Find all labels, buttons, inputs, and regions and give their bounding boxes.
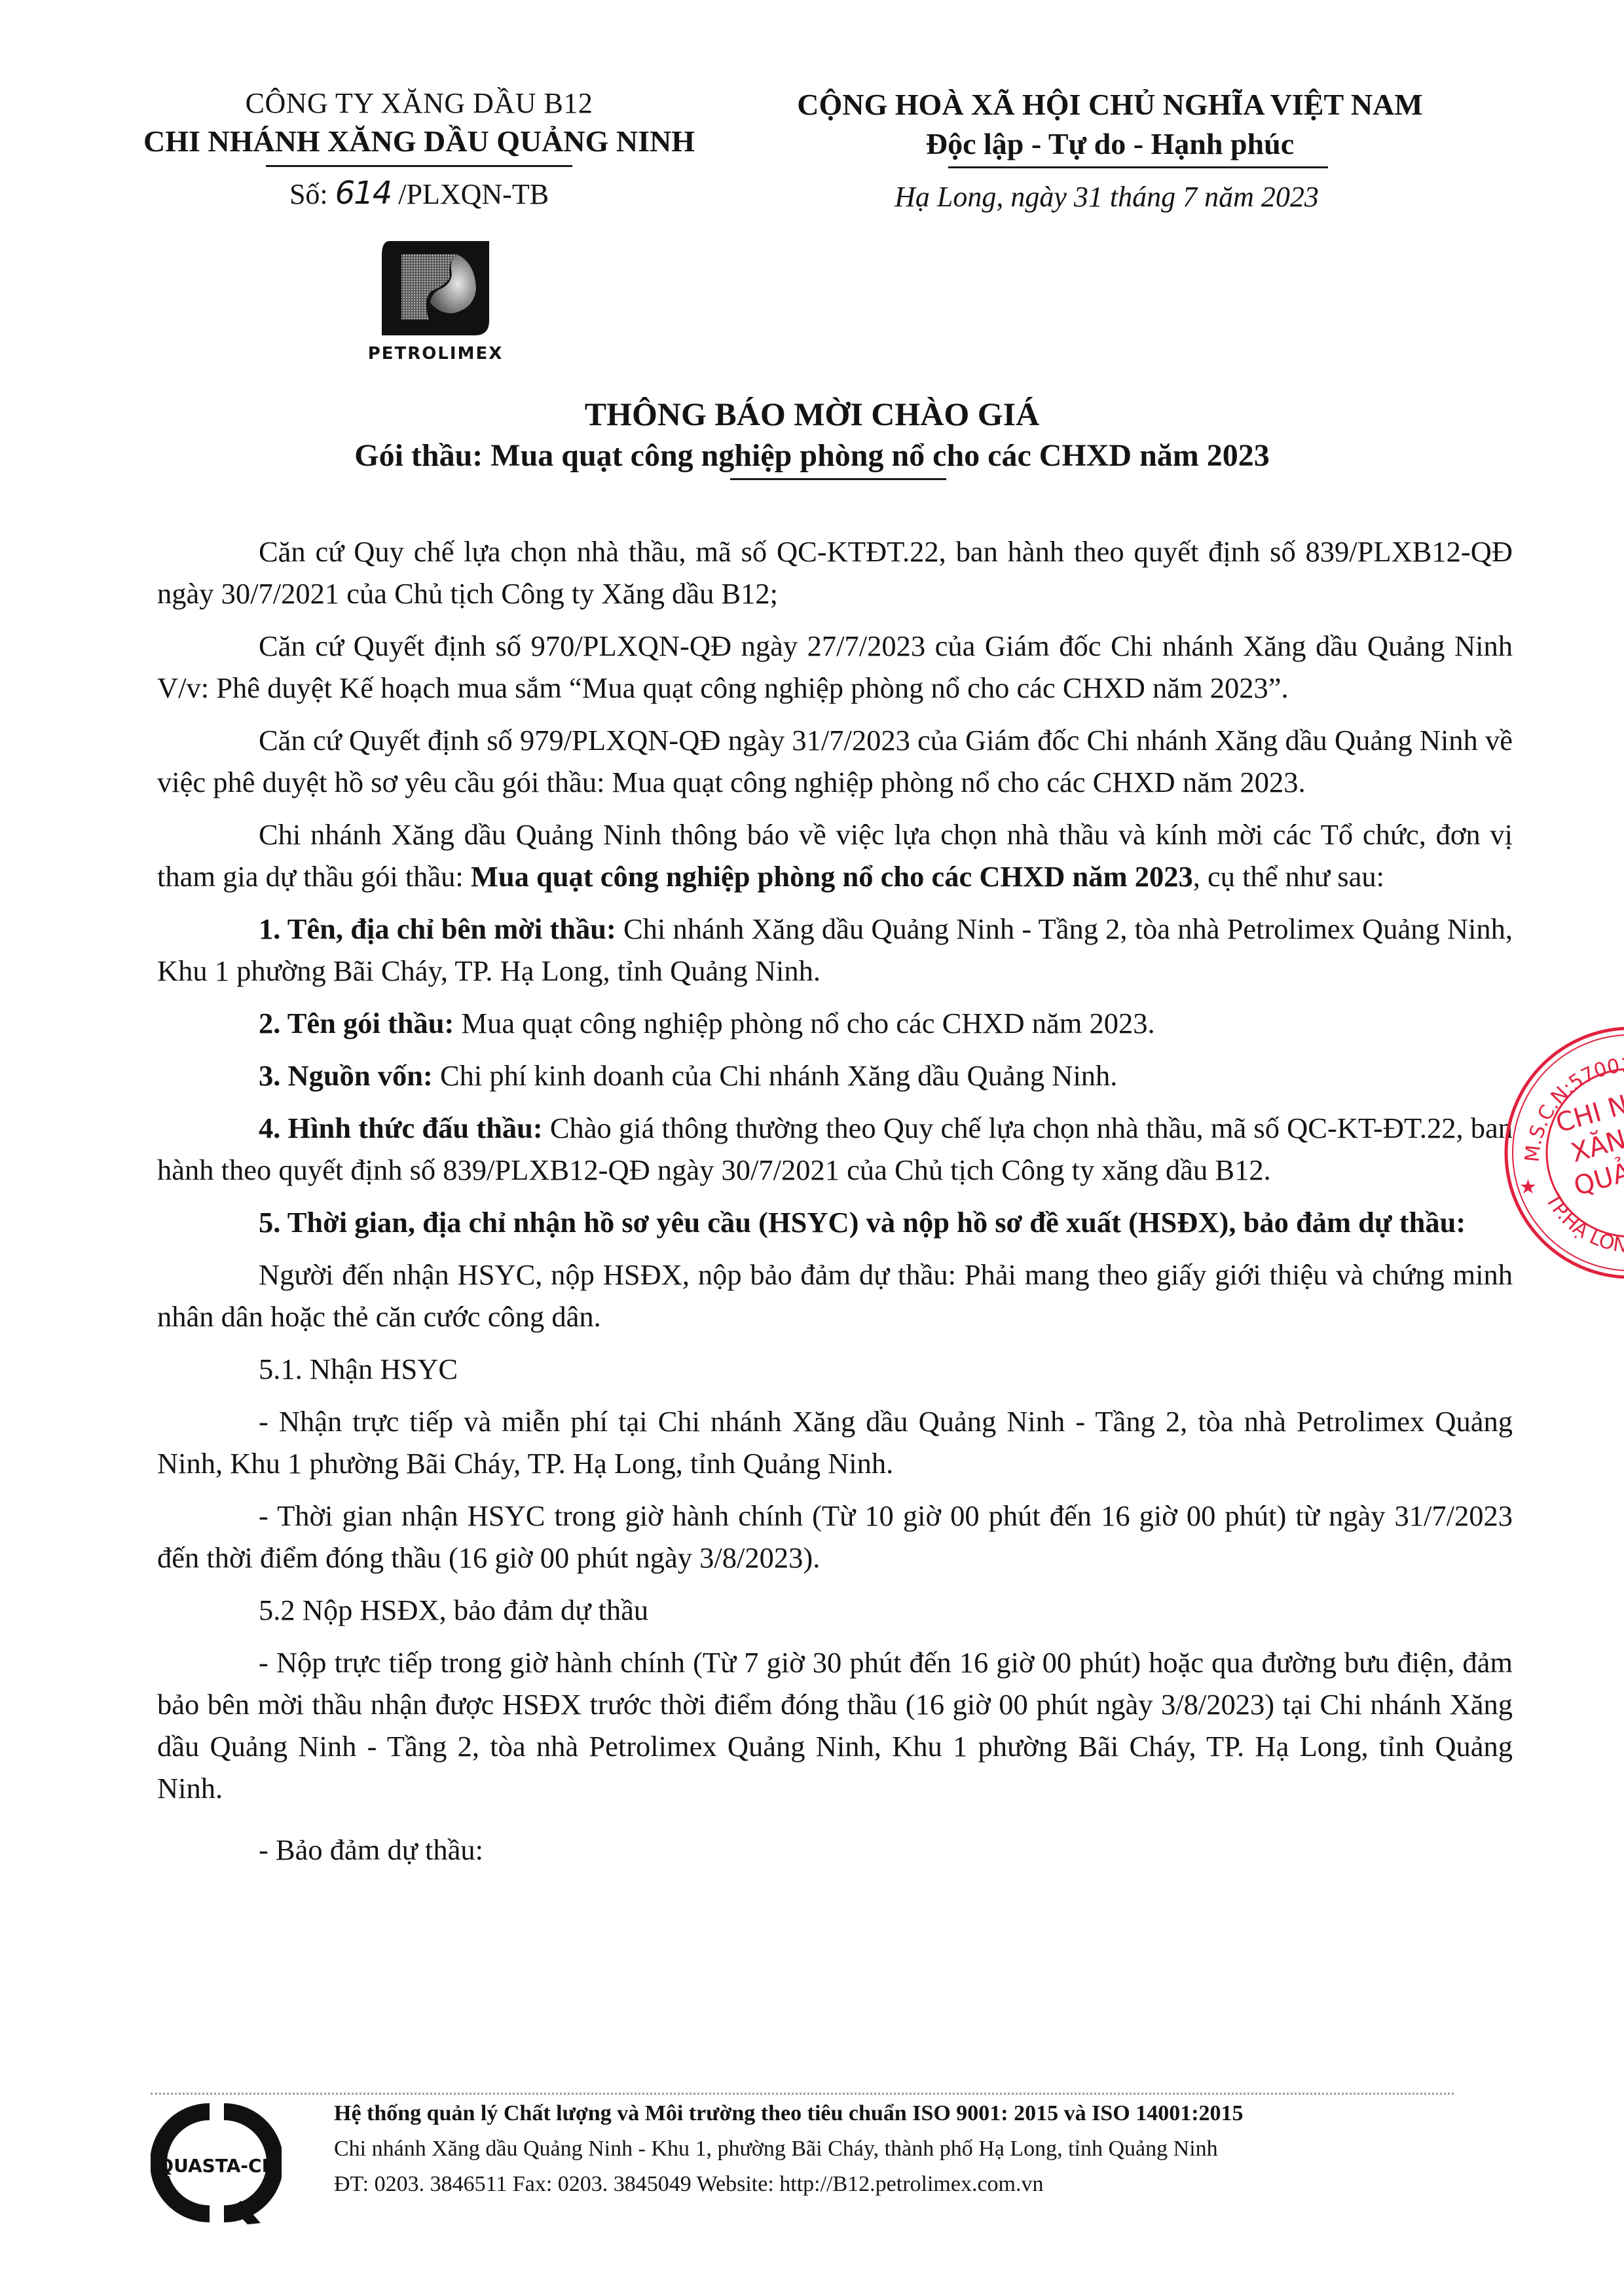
section-5-1-bullet-2: - Thời gian nhận HSYC trong giờ hành chí… [157, 1495, 1513, 1579]
petrolimex-wordmark: PETROLIMEX [341, 344, 530, 364]
quasta-logo-text: QUASTA-CE [158, 2155, 274, 2177]
section-5-2-bullet-2: - Bảo đảm dự thầu: [157, 1829, 1513, 1871]
nation-name: CỘNG HOÀ XÃ HỘI CHỦ NGHĨA VIỆT NAM [760, 85, 1624, 124]
title-underline [730, 478, 946, 480]
section-5-2-bullet-1: - Nộp trực tiếp trong giờ hành chính (Từ… [157, 1641, 1513, 1809]
package-subtitle: Gói thầu: Mua quạt công nghiệp phòng nổ … [0, 435, 1624, 477]
header-underline [266, 165, 572, 167]
legal-basis-1: Căn cứ Quy chế lựa chọn nhà thầu, mã số … [157, 531, 1513, 614]
item-5-heading: 5. Thời gian, địa chỉ nhận hồ sơ yêu cầu… [157, 1201, 1513, 1243]
legal-basis-3: Căn cứ Quyết định số 979/PLXQN-QĐ ngày 3… [157, 719, 1513, 803]
petrolimex-logo-icon [377, 236, 494, 341]
invitation-paragraph: Chi nhánh Xăng dầu Quảng Ninh thông báo … [157, 814, 1513, 897]
section-5-1-heading: 5.1. Nhận HSYC [157, 1348, 1513, 1390]
doc-no-suffix: /PLXQN-TB [398, 178, 549, 210]
company-seal-stamp-icon: M.S.C.N:5700101690 TP.HẠ LONG ★ CHI N XĂ… [1500, 1022, 1624, 1284]
company-name: CÔNG TY XĂNG DẦU B12 [98, 85, 740, 122]
document-number: Số: 614 /PLXQN-TB [98, 174, 740, 214]
item-2-package: 2. Tên gói thầu: Mua quạt công nghiệp ph… [157, 1002, 1513, 1044]
quasta-ce-certification-icon: QUASTA-CE [151, 2103, 282, 2227]
footer-contact-line: ĐT: 0203. 3846511 Fax: 0203. 3845049 Web… [334, 2167, 1513, 2202]
footer-divider [151, 2093, 1454, 2095]
doc-no-handwritten: 614 [335, 175, 392, 212]
document-title-block: THÔNG BÁO MỜI CHÀO GIÁ Gói thầu: Mua quạ… [0, 393, 1624, 480]
branch-name: CHI NHÁNH XĂNG DẦU QUẢNG NINH [98, 122, 740, 161]
footer-address-line: Chi nhánh Xăng dầu Quảng Ninh - Khu 1, p… [334, 2131, 1513, 2167]
doc-no-label: Số: [289, 178, 328, 210]
item-3-funding: 3. Nguồn vốn: Chi phí kinh doanh của Chi… [157, 1055, 1513, 1096]
footer-iso-line: Hệ thống quản lý Chất lượng và Môi trườn… [334, 2096, 1513, 2131]
legal-basis-2: Căn cứ Quyết định số 970/PLXQN-QĐ ngày 2… [157, 625, 1513, 709]
item-4-method: 4. Hình thức đấu thầu: Chào giá thông th… [157, 1107, 1513, 1191]
issuer-header: CÔNG TY XĂNG DẦU B12 CHI NHÁNH XĂNG DẦU … [98, 85, 740, 214]
svg-text:★: ★ [1519, 1176, 1537, 1199]
document-body: Căn cứ Quy chế lựa chọn nhà thầu, mã số … [157, 531, 1513, 1881]
item-5-intro: Người đến nhận HSYC, nộp HSĐX, nộp bảo đ… [157, 1254, 1513, 1337]
national-motto: Độc lập - Tự do - Hạnh phúc [760, 124, 1624, 164]
motto-underline [948, 166, 1328, 168]
section-5-2-heading: 5.2 Nộp HSĐX, bảo đảm dự thầu [157, 1589, 1513, 1631]
national-header: CỘNG HOÀ XÃ HỘI CHỦ NGHĨA VIỆT NAM Độc l… [760, 85, 1624, 217]
package-name-bold: Mua quạt công nghiệp phòng nổ cho các CH… [471, 860, 1193, 893]
item-1-inviter: 1. Tên, địa chỉ bên mời thầu: Chi nhánh … [157, 908, 1513, 992]
place-and-date: Hạ Long, ngày 31 tháng 7 năm 2023 [760, 178, 1624, 217]
document-title: THÔNG BÁO MỜI CHÀO GIÁ [0, 393, 1624, 435]
footer-info: Hệ thống quản lý Chất lượng và Môi trườn… [334, 2096, 1513, 2202]
section-5-1-bullet-1: - Nhận trực tiếp và miễn phí tại Chi nhá… [157, 1400, 1513, 1484]
